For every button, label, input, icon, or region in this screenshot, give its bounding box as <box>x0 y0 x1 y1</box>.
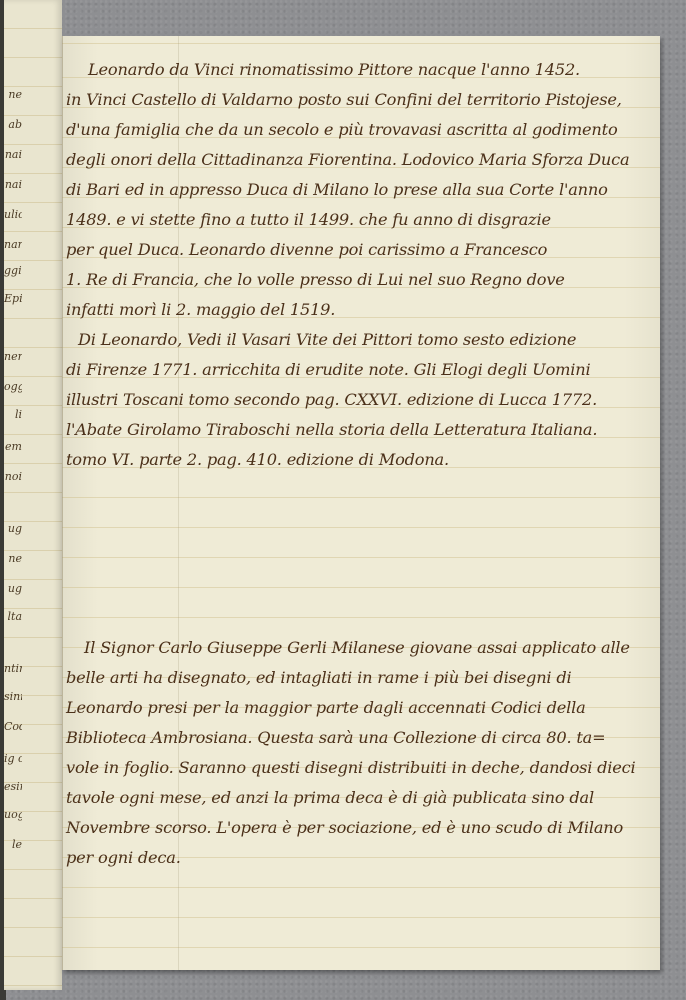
left-page-fragment: noi <box>4 470 22 483</box>
text-line: per ogni deca. <box>66 848 181 867</box>
manuscript-page: Leonardo da Vinci rinomatissimo Pittore … <box>62 36 660 970</box>
text-line: tavole ogni mese, ed anzi la prima deca … <box>66 788 594 807</box>
text-line: Leonardo presi per la maggior parte dagl… <box>66 698 586 717</box>
left-page-fragment: le <box>4 838 22 851</box>
text-line: illustri Toscani tomo secondo pag. CXXVI… <box>66 390 597 409</box>
left-page-fragment: esim <box>4 780 22 793</box>
left-page-fragment: ne <box>4 552 22 565</box>
left-page-fragment: em <box>4 440 22 453</box>
left-page-fragment: ggio <box>4 264 22 277</box>
text-line: infatti morì li 2. maggio del 1519. <box>66 300 335 319</box>
left-page-fragment: nente <box>4 350 22 363</box>
text-line: Il Signor Carlo Giuseppe Gerli Milanese … <box>84 638 630 657</box>
text-line: di Firenze 1771. arricchita di erudite n… <box>66 360 590 379</box>
left-page-fragment: Coda <box>4 720 22 733</box>
left-page-fragment: ulio <box>4 208 22 221</box>
left-page-fragment: uogr <box>4 808 22 821</box>
text-line: vole in foglio. Saranno questi disegni d… <box>66 758 636 777</box>
left-page-fragment: sini <box>4 690 22 703</box>
left-page-fragment: ab <box>4 118 22 131</box>
previous-page-edge: ne ab nai nai ulio nan ggio Epi nente og… <box>4 0 62 990</box>
left-page-fragment: ne <box>4 88 22 101</box>
left-page-fragment: nai <box>4 148 22 161</box>
left-page-fragment: nai <box>4 178 22 191</box>
text-line: degli onori della Cittadinanza Fiorentin… <box>66 150 629 169</box>
text-line: 1489. e vi stette fino a tutto il 1499. … <box>66 210 551 229</box>
text-line: d'una famiglia che da un secolo e più tr… <box>66 120 618 139</box>
text-line: in Vinci Castello di Valdarno posto sui … <box>66 90 622 109</box>
left-page-fragment: ntinu <box>4 662 22 675</box>
text-line: belle arti ha disegnato, ed intagliati i… <box>66 668 572 687</box>
text-line: Biblioteca Ambrosiana. Questa sarà una C… <box>66 728 606 747</box>
left-page-fragment: ug <box>4 582 22 595</box>
left-page-fragment: ogg <box>4 380 22 393</box>
left-page-fragment: li <box>4 408 22 421</box>
left-page-fragment: ig con <box>4 752 22 765</box>
left-page-fragment: nan <box>4 238 22 251</box>
margin-rule <box>62 36 63 970</box>
text-line: l'Abate Girolamo Tiraboschi nella storia… <box>66 420 597 439</box>
text-line: tomo VI. parte 2. pag. 410. edizione di … <box>66 450 449 469</box>
text-line: 1. Re di Francia, che lo volle presso di… <box>66 270 565 289</box>
left-page-fragment: ug <box>4 522 22 535</box>
text-line: per quel Duca. Leonardo divenne poi cari… <box>66 240 547 259</box>
left-page-fragment: lta <box>4 610 22 623</box>
text-line: Di Leonardo, Vedi il Vasari Vite dei Pit… <box>78 330 576 349</box>
text-line: di Bari ed in appresso Duca di Milano lo… <box>66 180 608 199</box>
left-page-fragment: Epi <box>4 292 22 305</box>
text-line: Novembre scorso. L'opera è per sociazion… <box>66 818 623 837</box>
text-line: Leonardo da Vinci rinomatissimo Pittore … <box>88 60 580 79</box>
